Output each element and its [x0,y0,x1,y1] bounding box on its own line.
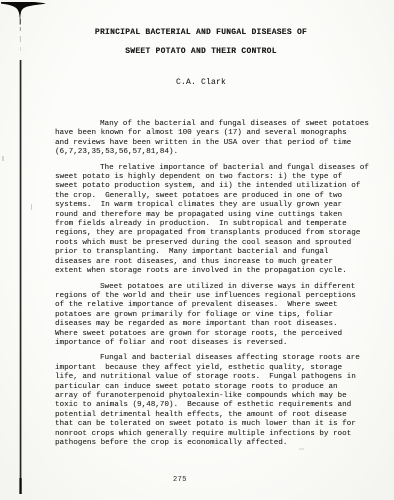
document-title-line1: PRINCIPAL BACTERIAL AND FUNGAL DISEASES … [4,28,394,37]
paragraph-1: Many of the bacterial and fungal disease… [55,120,387,158]
paragraph-4: Fungal and bacterial diseases affecting … [55,354,387,448]
author-name: C.A. Clark [4,78,394,87]
scan-speck [31,204,32,210]
paragraph-3: Sweet potatoes are utilized in diverse w… [55,283,387,349]
scan-speck [2,156,4,161]
scan-artifact-mark [0,0,60,500]
page-number: 275 [173,476,187,484]
document-title-line2: SWEET POTATO AND THEIR CONTROL [4,47,394,56]
document-body: Many of the bacterial and fungal disease… [55,120,387,454]
document-page: PRINCIPAL BACTERIAL AND FUNGAL DISEASES … [0,0,394,500]
paragraph-2: The relative importance of bacterial and… [55,164,387,277]
